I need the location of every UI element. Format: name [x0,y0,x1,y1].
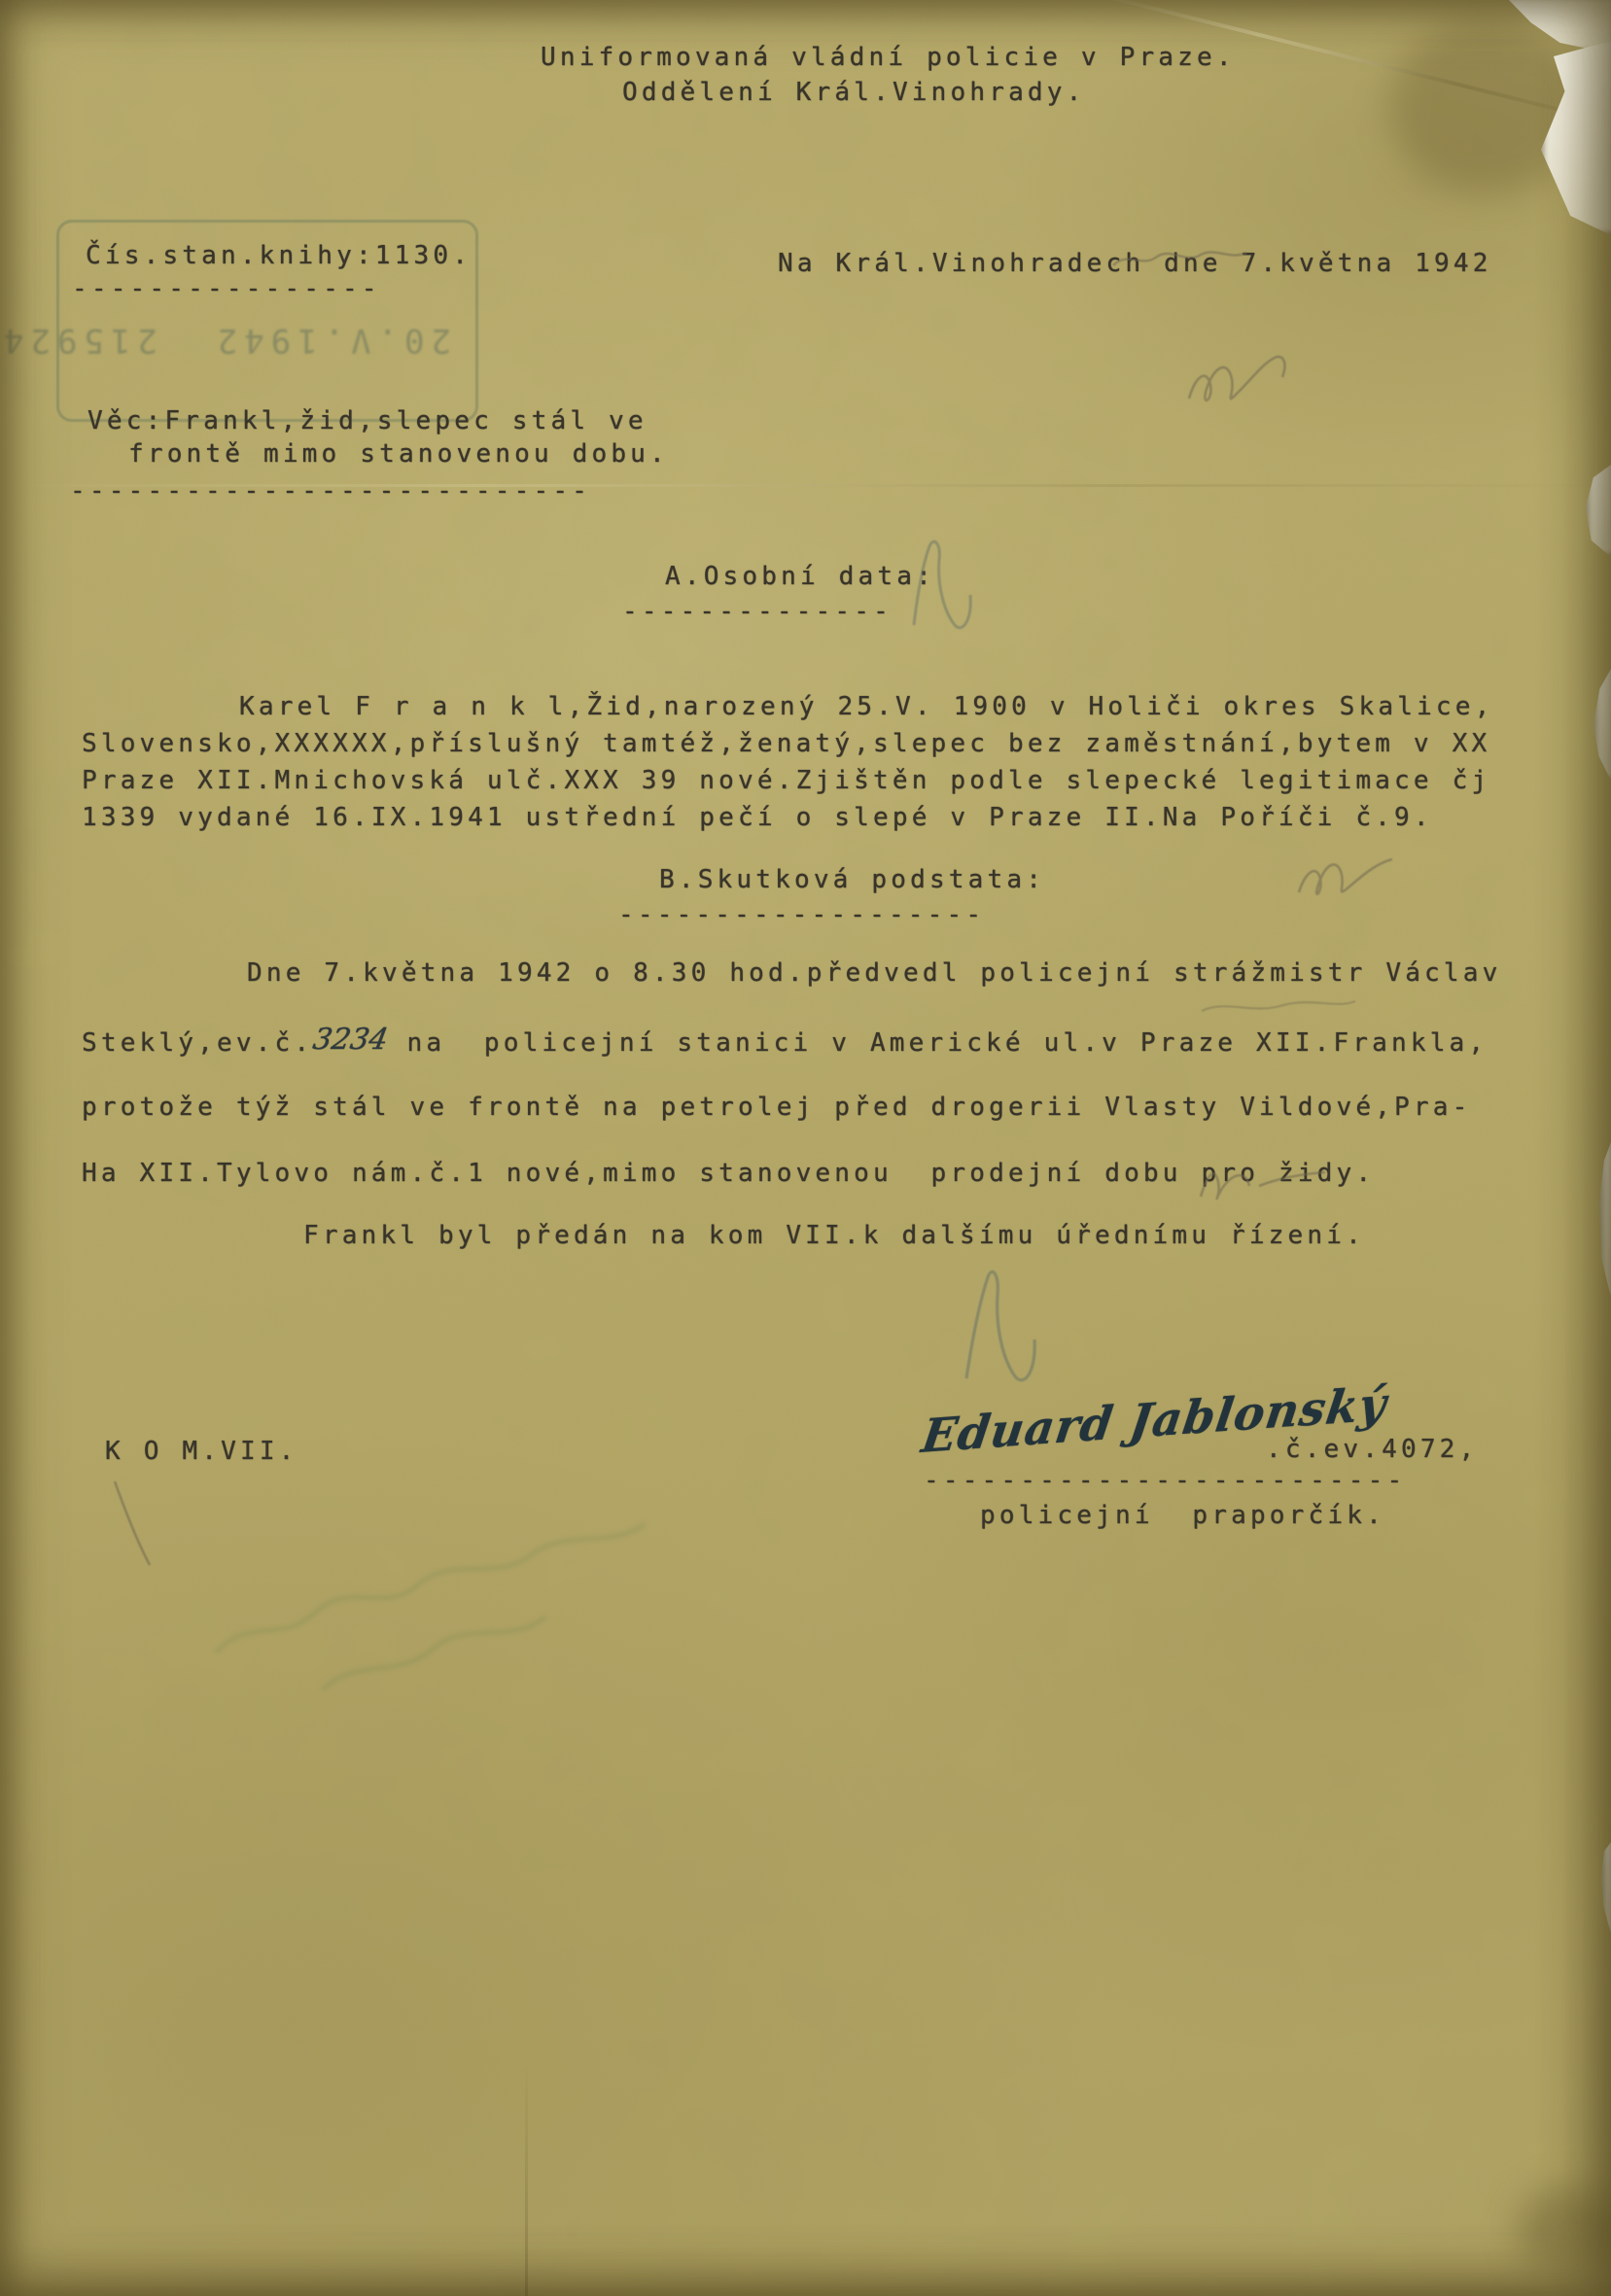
torn-edge-nick-1 [1586,465,1611,557]
section-a-line4: 1339 vydané 16.IX.1941 ustřední pečí o s… [82,803,1433,832]
torn-edge-nick-2 [1593,669,1611,781]
torn-edge-top-corner [1489,0,1611,53]
section-a-line3: Praze XII.Mnichovská ulč.XXX 39 nové.Zji… [82,766,1490,795]
station-book-underline: ---------------- [72,274,381,303]
subject-underline: --------------------------- [70,476,591,505]
section-a-line1: Karel F r a n k l,Žid,narozený 25.V. 190… [239,692,1493,721]
handwritten-badge-number: 3234 [311,1023,392,1057]
torn-edge-upper-right [1541,41,1611,235]
subject-line1: Věc:Frankl,žid,slepec stál ve [88,406,648,435]
pencil-backslash-mark [107,1476,165,1573]
signature-rank-title: policejní praporčík. [980,1501,1385,1530]
section-a-underline: -------------- [622,597,893,626]
ink-bleedthrough-scribble [194,1513,739,1726]
pencil-scribble-right-middle [1293,834,1410,922]
torn-edge-sliver [1599,1142,1611,1298]
section-a-line2: Slovensko,XXXXXX,příslušný tamtéž,ženatý… [82,729,1490,758]
section-b-line4: Ha XII.Tylovo nám.č.1 nové,mimo stanoven… [82,1159,1375,1188]
signature-underline: ------------------------- [924,1466,1406,1495]
crease-line-vertical [525,2061,528,2296]
station-book-number: Čís.stan.knihy:1130. [86,241,472,270]
section-b-line1: Dne 7.května 1942 o 8.30 hod.předvedl po… [247,958,1501,988]
letterhead-line2: Oddělení Král.Vinohrady. [622,78,1085,107]
signature-evidence-number: .č.ev.4072, [1266,1435,1478,1464]
section-b-line2: Steklý,ev.č.3234 na policejní stanici v … [82,1025,1488,1059]
section-b-line5: Frankl byl předán na kom VII.k dalšímu ú… [303,1221,1365,1250]
place-date-line: Na Král.Vinohradech dne 7.května 1942 [778,249,1492,278]
crumple-shadow-bottom-right [1517,2187,1611,2275]
letterhead-line1: Uniformovaná vládní policie v Praze. [541,43,1236,72]
kom-vii-label: K O M.VII. [105,1437,298,1466]
section-b-line3: protože týž stál ve frontě na petrolej p… [82,1093,1471,1122]
section-a-heading: A.Osobní data: [665,562,935,591]
section-b-heading: B.Skutková podstata: [659,865,1045,894]
pencil-scribble-right-upper [1181,338,1308,426]
pencil-mark-bottom [945,1262,1062,1398]
section-b-line2-typed-pre: Steklý,ev.č. [82,1028,313,1058]
received-stamp-text: 20.V.1942 215924 [82,321,451,360]
scanned-police-document: 20.V.1942 215924 Uniformovaná vládní pol… [0,0,1611,2296]
subject-line2: frontě mimo stanovenou dobu. [128,439,669,469]
section-b-line2-typed-post: na policejní stanici v Americké ul.v Pra… [388,1028,1488,1058]
section-b-underline: ------------------- [618,900,985,929]
pencil-underline-squiggle [1196,982,1361,1030]
torn-edge-nick-3 [1601,1842,1611,1934]
